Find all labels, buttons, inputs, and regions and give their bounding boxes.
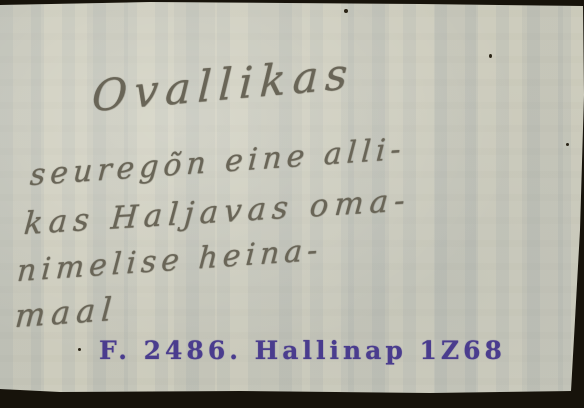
- scanned-archive-card: Ovallikas seuregõn eine alli- kas Haljav…: [0, 0, 584, 408]
- archive-stamp-text: F. 2486. Hallinap 1Z68: [99, 336, 506, 365]
- handwritten-line-5: maal: [14, 290, 119, 335]
- paper-speck: [566, 143, 569, 146]
- paper-speck: [78, 348, 81, 351]
- paper-speck: [489, 54, 492, 58]
- paper-speck: [344, 9, 348, 13]
